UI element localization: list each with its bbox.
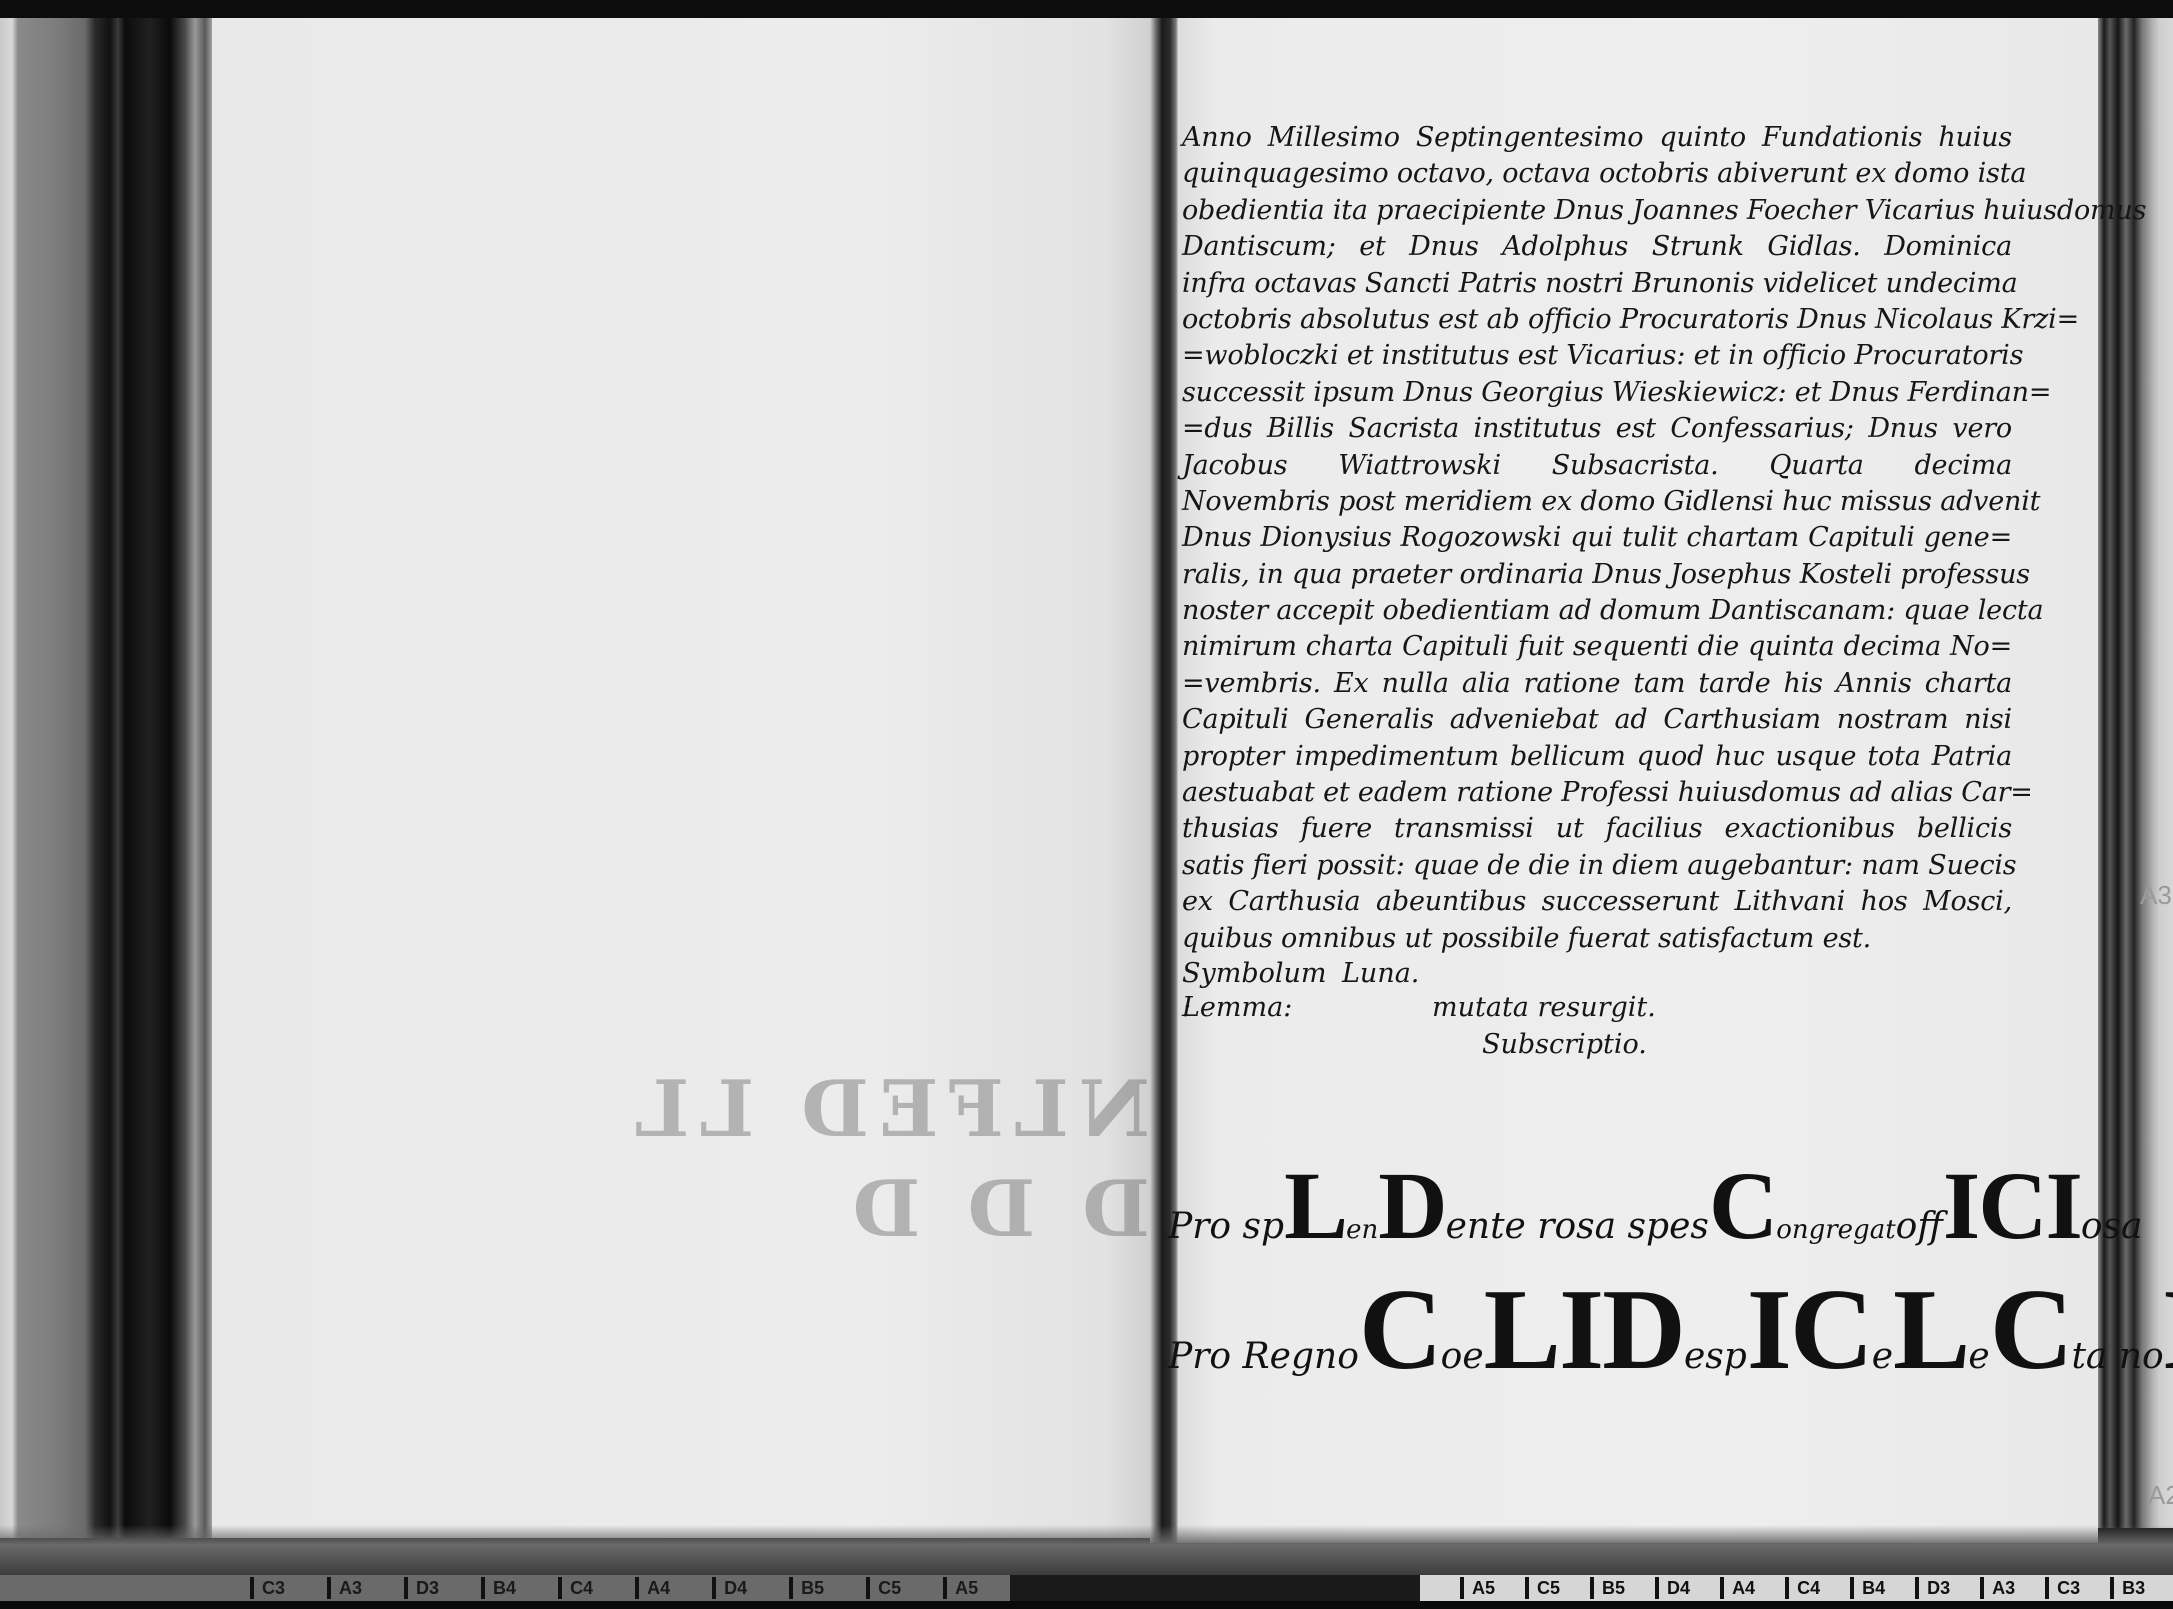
film-index-label: A5 <box>943 1577 986 1599</box>
manuscript-line: quinquagesimo octavo, octava octobris ab… <box>1182 156 2012 192</box>
film-index-label: C3 <box>250 1577 293 1599</box>
film-index-strip-right: A5C5B5D4A4C4B4D3A3C3B3D2A2 <box>1420 1575 2173 1601</box>
film-index-label: C4 <box>1785 1577 1828 1599</box>
film-index-label: A4 <box>1720 1577 1763 1599</box>
chronogram-text: osa <box>2081 1206 2143 1247</box>
symbolum-label: Symbolum : <box>1182 957 1332 991</box>
manuscript-line: octobris absolutus est ab officio Procur… <box>1182 302 2012 338</box>
chronogram-line-2: Pro Regno CoeLI DespICeLeCta noLI <box>1168 1264 2068 1394</box>
chronogram-text: ente rosa spes <box>1446 1206 1709 1247</box>
film-index-label: C3 <box>2045 1577 2088 1599</box>
manuscript-line: quibus omnibus ut possibile fuerat satis… <box>1182 921 2012 957</box>
manuscript-line: satis fieri possit: quae de die in diem … <box>1182 848 2012 884</box>
chronogram: Pro spLenDente rosa spesCongregat offICI… <box>1168 1150 2068 1394</box>
chronogram-text: off <box>1896 1206 1943 1247</box>
chronogram-numeral: C <box>1359 1264 1441 1397</box>
chronogram-text: e <box>1968 1336 1989 1377</box>
bleed-line-2: D D D <box>350 1160 1150 1260</box>
book-edge-right <box>2098 18 2173 1528</box>
manuscript-line: =dus Billis Sacrista institutus est Conf… <box>1182 411 2012 447</box>
film-index-label: B4 <box>1850 1577 1893 1599</box>
book-edge-left <box>0 18 215 1538</box>
manuscript-line: propter impedimentum bellicum quod huc u… <box>1182 739 2012 775</box>
lemma-label: Lemma: <box>1182 991 1332 1025</box>
chronogram-numeral: LI <box>1484 1264 1603 1397</box>
film-index-label: C4 <box>558 1577 601 1599</box>
film-index-label: B5 <box>789 1577 832 1599</box>
film-index-label: A3 <box>327 1577 370 1599</box>
symbolum-row: Symbolum : Luna. <box>1182 957 2012 991</box>
manuscript-line: Dantiscum; et Dnus Adolphus Strunk Gidla… <box>1182 229 2012 265</box>
chronogram-text: esp <box>1684 1336 1747 1377</box>
film-index-strip-left: C3A3D3B4C4A4D4B5C5A5 <box>0 1575 1010 1601</box>
chronogram-text: ongregat <box>1776 1215 1895 1245</box>
manuscript-line: nimirum charta Capituli fuit sequenti di… <box>1182 629 2012 665</box>
left-page-blank <box>212 18 1152 1538</box>
manuscript-line: Dnus Dionysius Rogozowski qui tulit char… <box>1182 520 2012 556</box>
film-index-label: D4 <box>712 1577 755 1599</box>
manuscript-line: Capituli Generalis adveniebat ad Carthus… <box>1182 702 2012 738</box>
manuscript-line: infra octavas Sancti Patris nostri Bruno… <box>1182 266 2012 302</box>
chronogram-numeral: D <box>1378 1150 1445 1261</box>
chronogram-numeral: ICI <box>1943 1150 2081 1261</box>
manuscript-line: ralis, in qua praeter ordinaria Dnus Jos… <box>1182 557 2012 593</box>
chronogram-numeral: D <box>1602 1264 1684 1397</box>
lemma-value: mutata resurgit. <box>1332 991 1656 1025</box>
bleed-through-text: NLFED LL D D D <box>350 1060 1150 1260</box>
film-index-label: C5 <box>1525 1577 1568 1599</box>
manuscript-line: =wobloczki et institutus est Vicarius: e… <box>1182 338 2012 374</box>
film-index-label: B5 <box>1590 1577 1633 1599</box>
film-index-label: A4 <box>635 1577 678 1599</box>
chronogram-text: Pro Regno <box>1168 1336 1359 1377</box>
film-index-label: B4 <box>481 1577 524 1599</box>
manuscript-line: thusias fuere transmissi ut facilius exa… <box>1182 811 2012 847</box>
film-frame-top <box>0 0 2173 18</box>
film-frame-bottom <box>0 1601 2173 1609</box>
manuscript-line: noster accepit obedientiam ad domum Dant… <box>1182 593 2012 629</box>
bleed-line-1: NLFED LL <box>350 1060 1150 1160</box>
manuscript-text: Anno Millesimo Septingentesimo quinto Fu… <box>1182 120 2012 1065</box>
manuscript-line: Jacobus Wiattrowski Subsacrista. Quarta … <box>1182 448 2012 484</box>
manuscript-line: successit ipsum Dnus Georgius Wieskiewic… <box>1182 375 2012 411</box>
chronogram-numeral: L <box>1284 1150 1346 1261</box>
manuscript-line: Novembris post meridiem ex domo Gidlensi… <box>1182 484 2012 520</box>
book-bottom-edge <box>0 1525 2173 1575</box>
manuscript-line: ex Carthusia abeuntibus successerunt Lit… <box>1182 884 2012 920</box>
chronogram-numeral: L <box>1893 1264 1968 1397</box>
chronogram-text: Pro sp <box>1168 1206 1284 1247</box>
manuscript-line: Anno Millesimo Septingentesimo quinto Fu… <box>1182 120 2012 156</box>
symbolum-value: Luna. <box>1332 957 1419 991</box>
chronogram-numeral: IC <box>1747 1264 1872 1397</box>
chronogram-numeral: LI <box>2164 1264 2173 1397</box>
chronogram-numeral: C <box>1709 1150 1776 1261</box>
subscriptio-heading: Subscriptio. <box>1182 1025 2012 1065</box>
manuscript-line: obedientia ita praecipiente Dnus Joannes… <box>1182 193 2012 229</box>
film-index-label: D3 <box>404 1577 447 1599</box>
chronogram-numeral: C <box>1990 1264 2072 1397</box>
film-index-label: D3 <box>1915 1577 1958 1599</box>
manuscript-line: aestuabat et eadem ratione Professi huiu… <box>1182 775 2012 811</box>
film-index-label: C5 <box>866 1577 909 1599</box>
manuscript-line: =vembris. Ex nulla alia ratione tam tard… <box>1182 666 2012 702</box>
chronogram-text: oe <box>1441 1336 1484 1377</box>
chronogram-line-1: Pro spLenDente rosa spesCongregat offICI… <box>1168 1150 2068 1260</box>
film-index-label: D4 <box>1655 1577 1698 1599</box>
film-index-label: A3 <box>1980 1577 2023 1599</box>
margin-mark: A2 <box>2148 1480 2173 1511</box>
film-index-label: A5 <box>1460 1577 1503 1599</box>
chronogram-text: e <box>1872 1336 1893 1377</box>
margin-mark: A3 <box>2140 880 2172 911</box>
chronogram-text: ta no <box>2071 1336 2163 1377</box>
chronogram-text: en <box>1346 1215 1378 1245</box>
film-index-label: B3 <box>2110 1577 2153 1599</box>
lemma-row: Lemma: mutata resurgit. <box>1182 991 2012 1025</box>
